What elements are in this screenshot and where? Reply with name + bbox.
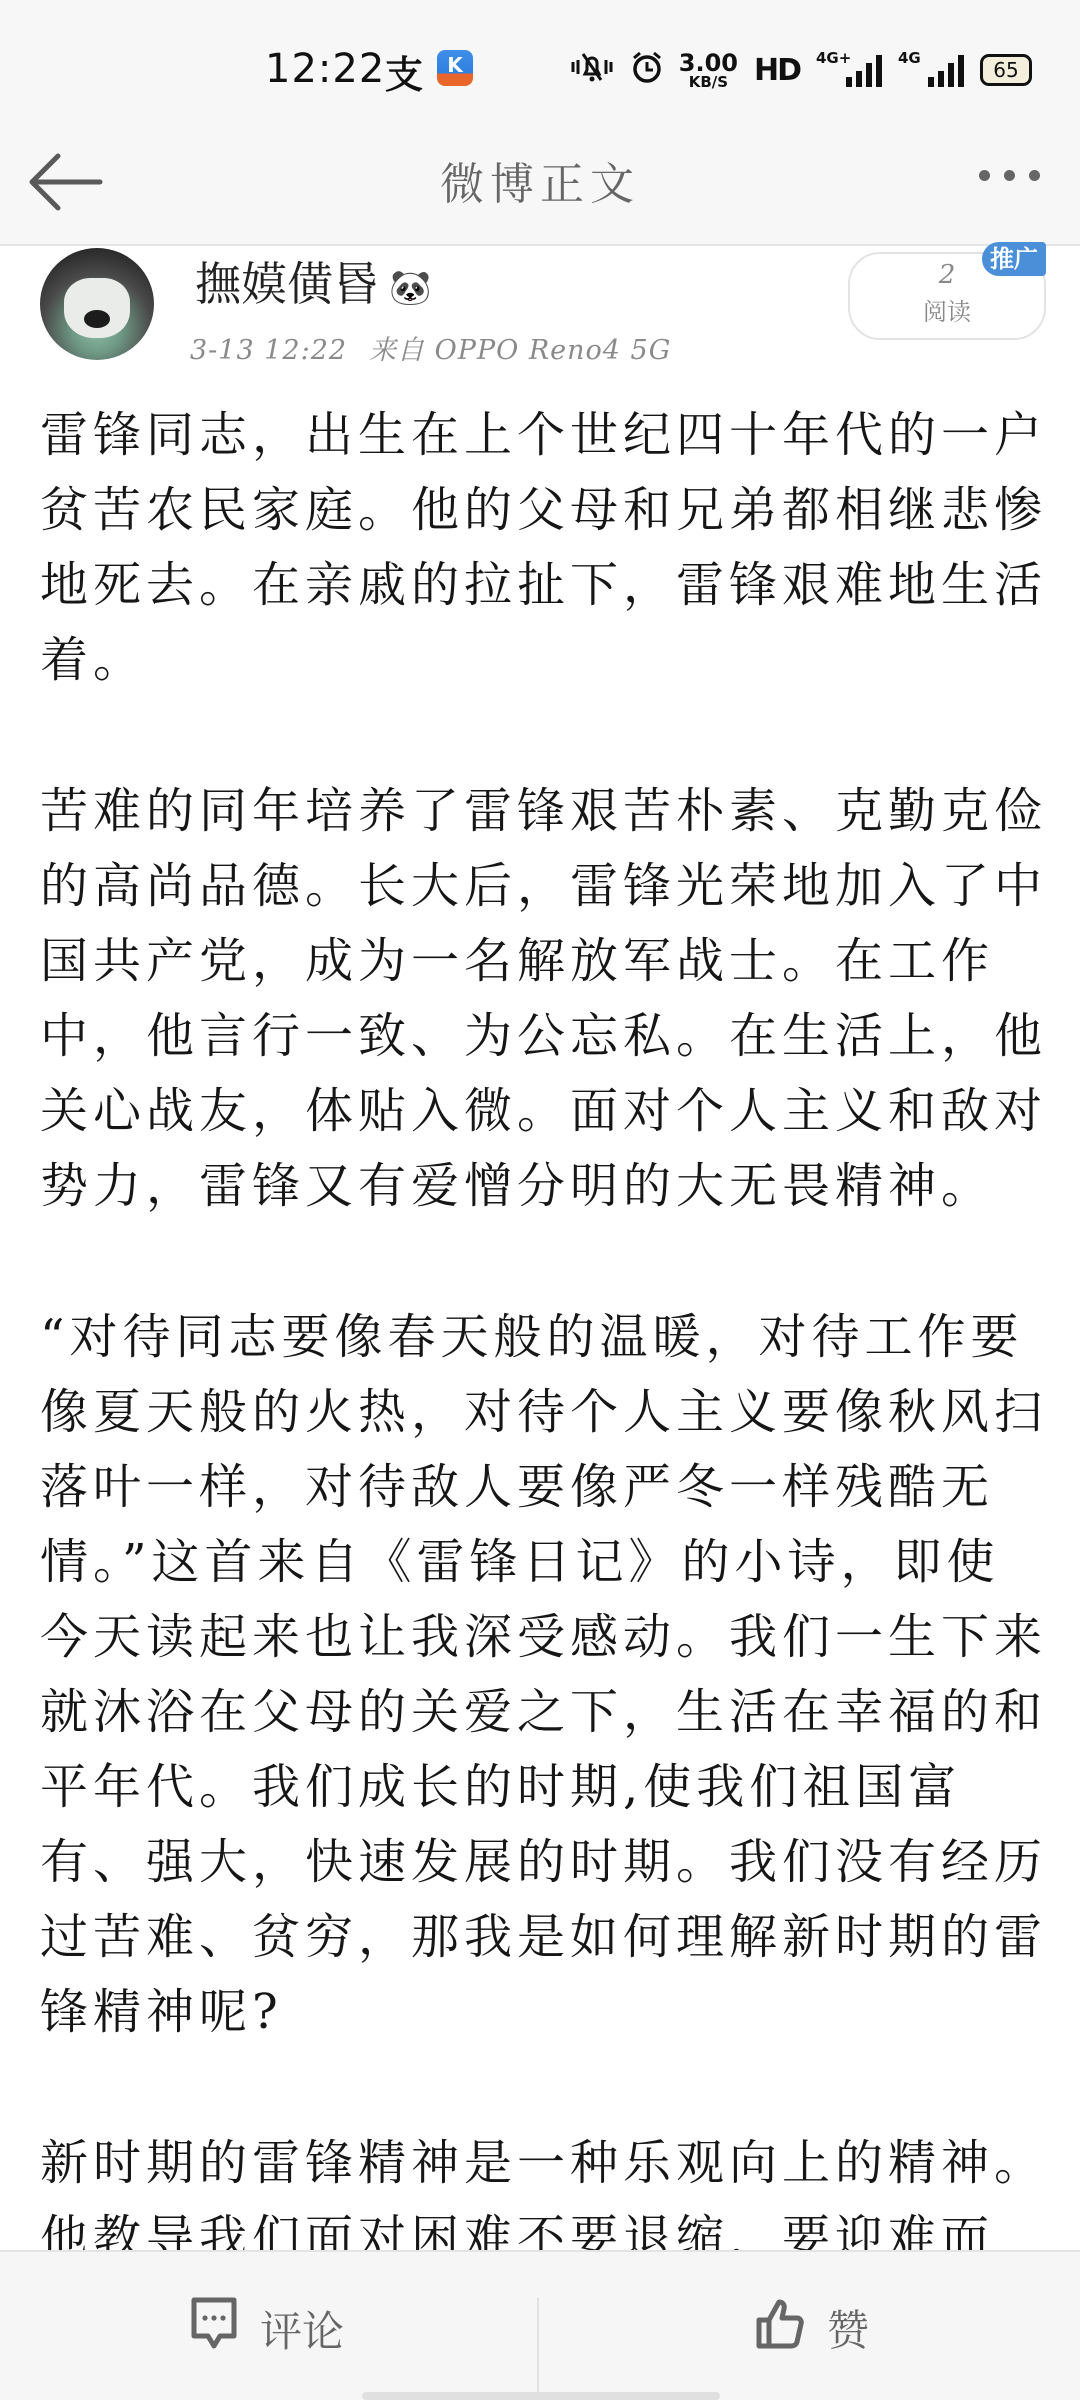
comment-button[interactable]: 评论 bbox=[190, 2296, 344, 2362]
like-label: 赞 bbox=[827, 2298, 869, 2358]
top-nav-bar: 微博正文 bbox=[0, 120, 1080, 246]
like-button[interactable]: 赞 bbox=[755, 2296, 869, 2360]
signal-sim1-icon: 4G+ bbox=[816, 53, 882, 87]
hd-voice-icon: HD bbox=[754, 53, 800, 88]
post-meta: 3-13 12:22来自 OPPO Reno4 5G bbox=[190, 328, 693, 367]
page-title: 微博正文 bbox=[0, 148, 1080, 212]
thumbs-up-icon bbox=[755, 2296, 805, 2360]
alipay-notification-icon: 支 bbox=[385, 44, 423, 99]
signal-sim2-icon: 4G bbox=[898, 53, 964, 87]
alarm-icon bbox=[631, 50, 663, 90]
status-time: 12:22 bbox=[265, 46, 385, 92]
more-dots-icon[interactable] bbox=[979, 170, 1040, 181]
promote-tag[interactable]: 推广 bbox=[982, 242, 1046, 276]
panda-emoji-icon: 🐼 bbox=[389, 268, 431, 308]
comment-bubble-icon bbox=[190, 2296, 238, 2362]
read-label: 阅读 bbox=[850, 292, 1044, 327]
paragraph: 苦难的同年培养了雷锋艰苦朴素、克勤克俭的高尚品德。长大后，雷锋光荣地加入了中国共… bbox=[40, 774, 1050, 1224]
bell-off-vibrate-icon bbox=[569, 50, 615, 90]
app-notification-icon: K bbox=[437, 50, 473, 86]
battery-icon: 65 bbox=[980, 54, 1032, 86]
comment-label: 评论 bbox=[260, 2299, 344, 2359]
status-bar: 12:22 支 K 3.00 KB/S HD 4G+ 4G 65 bbox=[0, 0, 1080, 120]
post-source: 来自 OPPO Reno4 5G bbox=[369, 335, 671, 366]
post-body: 雷锋同志，出生在上个世纪四十年代的一户贫苦农民家庭。他的父母和兄弟都相继悲惨地死… bbox=[40, 398, 1050, 2352]
paragraph: 雷锋同志，出生在上个世纪四十年代的一户贫苦农民家庭。他的父母和兄弟都相继悲惨地死… bbox=[40, 398, 1050, 698]
post-date: 3-13 12:22 bbox=[190, 335, 347, 366]
username[interactable]: 撫嫫僙昬🐼 bbox=[195, 248, 431, 314]
status-icons: 3.00 KB/S HD 4G+ 4G 65 bbox=[569, 48, 1032, 92]
divider bbox=[537, 2298, 539, 2398]
bottom-action-bar: 评论 赞 bbox=[0, 2250, 1080, 2400]
paragraph: “对待同志要像春天般的温暖，对待工作要像夏天般的火热，对待个人主义要像秋风扫落叶… bbox=[40, 1300, 1050, 2050]
network-speed: 3.00 KB/S bbox=[679, 51, 738, 90]
avatar[interactable] bbox=[40, 248, 154, 360]
home-indicator[interactable] bbox=[362, 2392, 720, 2400]
